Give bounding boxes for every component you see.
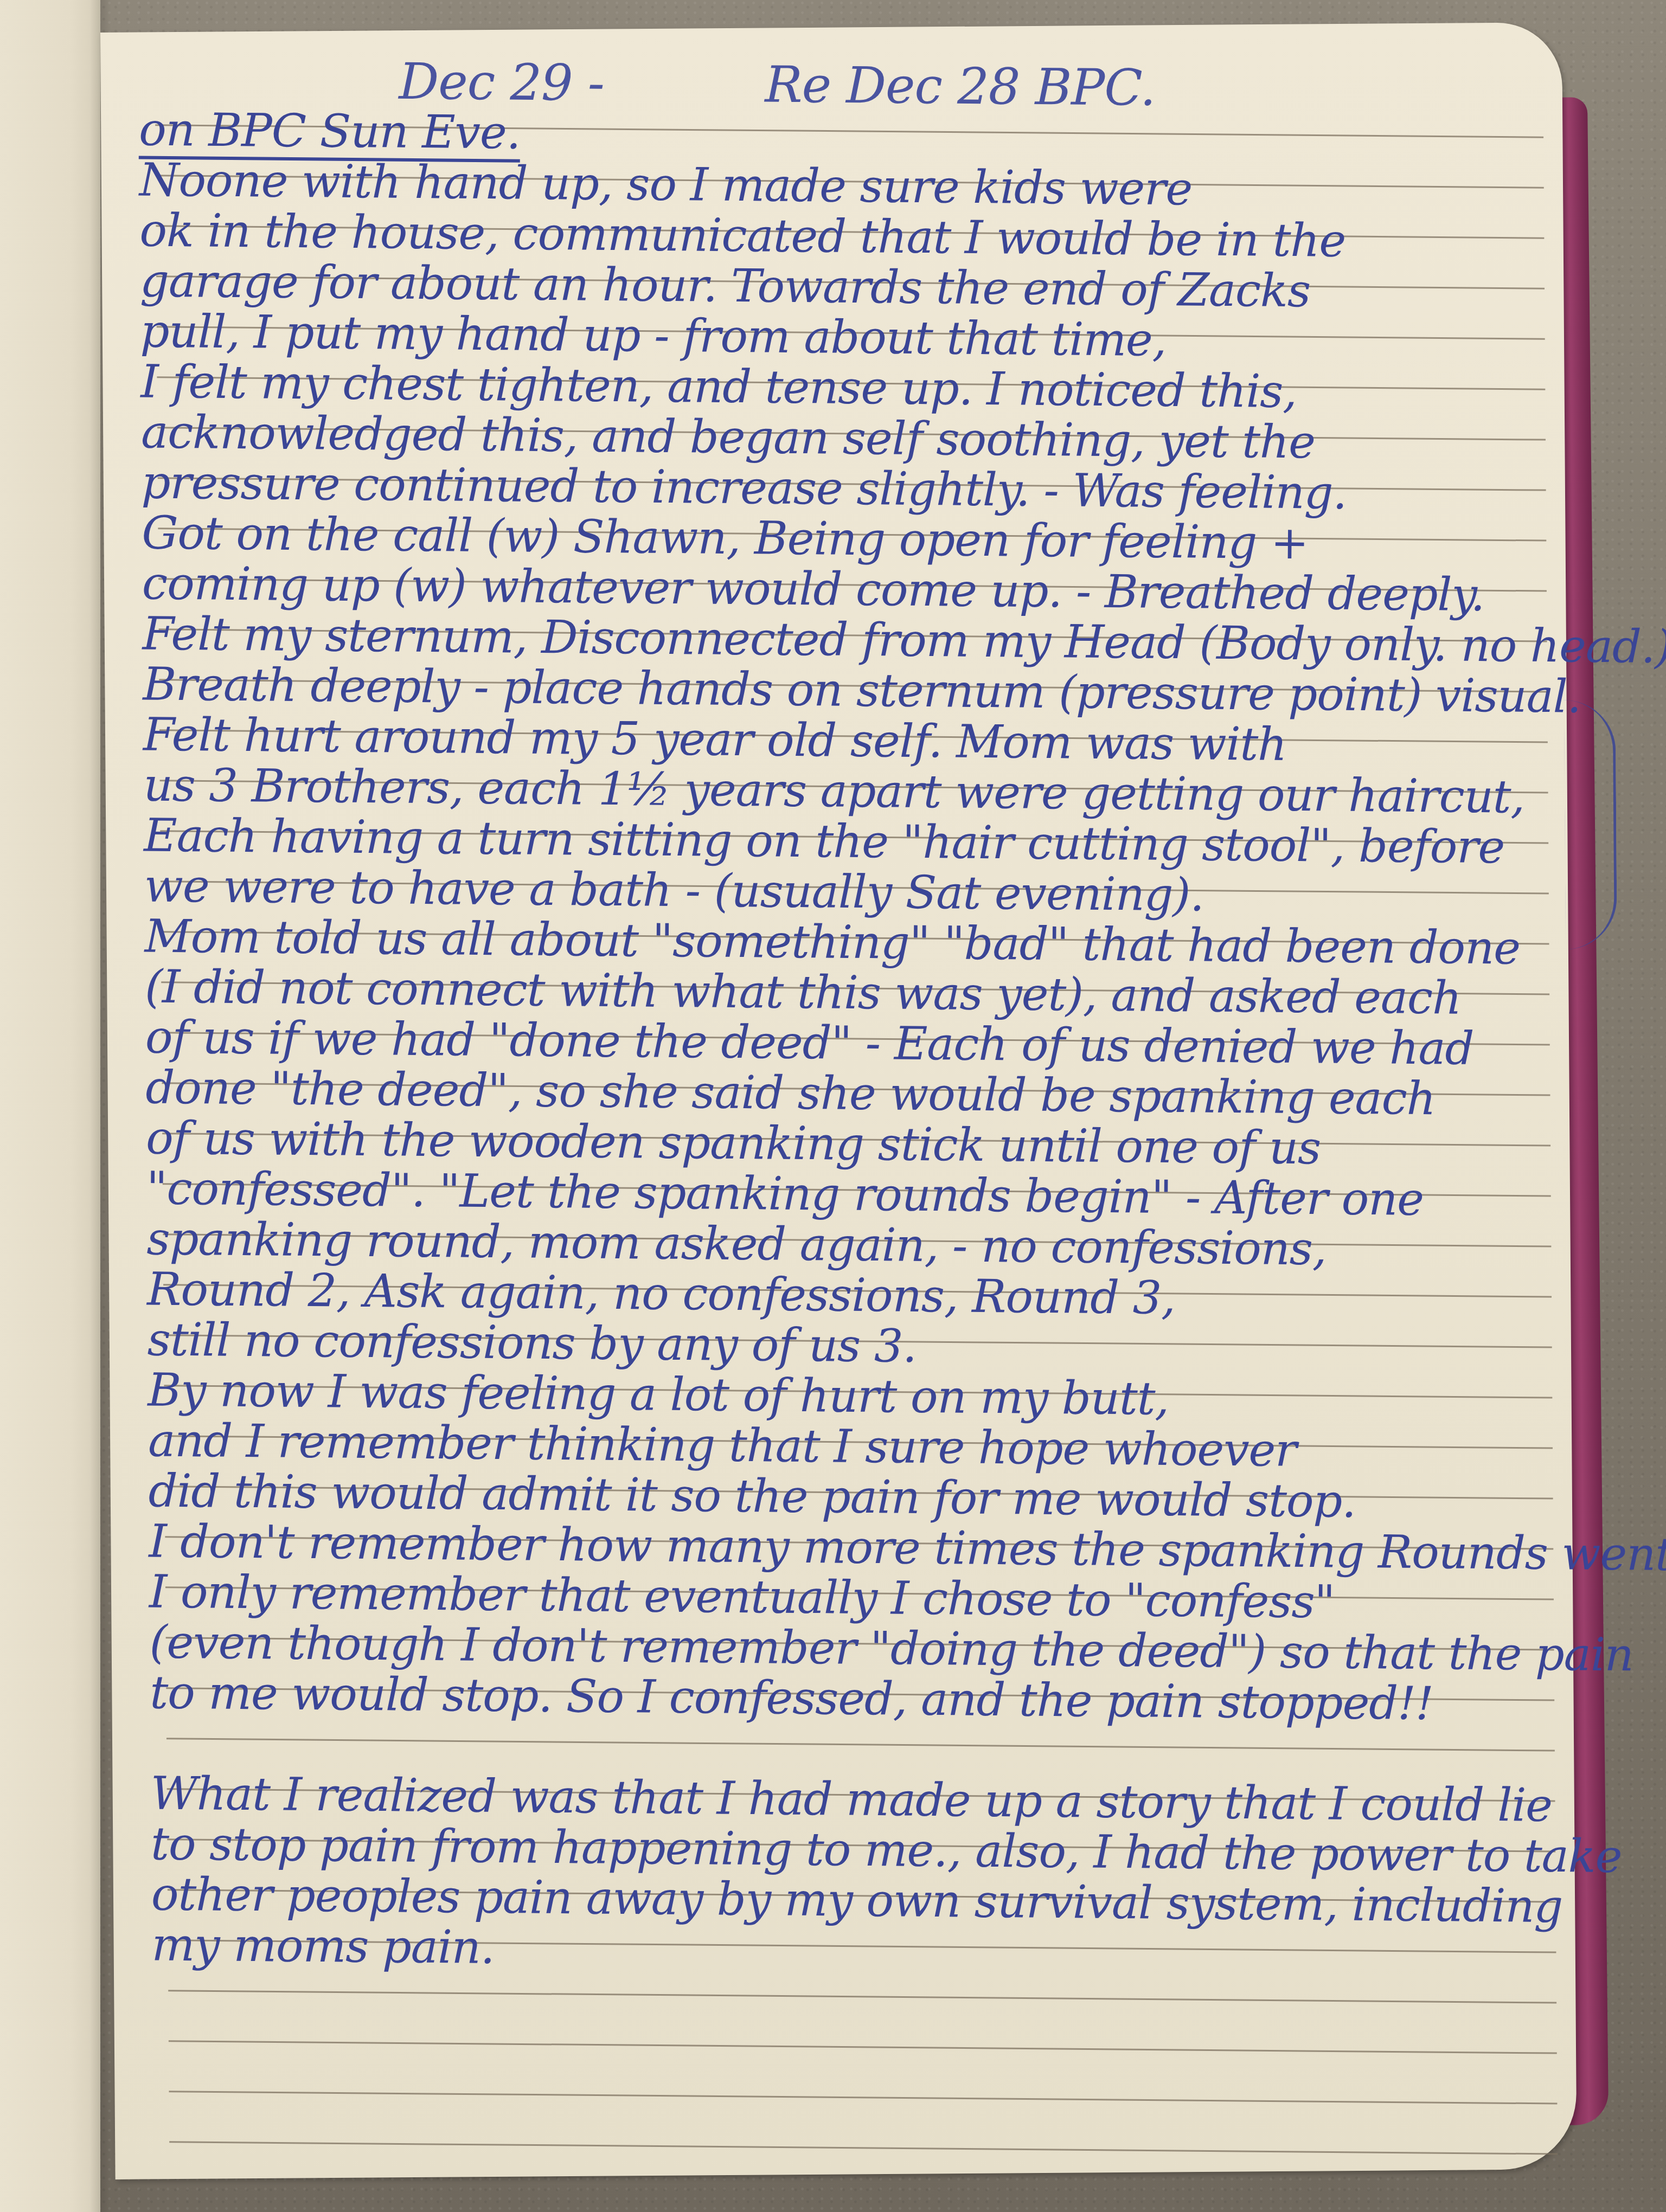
header-reference: Re Dec 28 BPC. <box>765 56 1156 117</box>
ruled-line <box>169 2040 1557 2054</box>
header-date: Dec 29 - <box>399 53 604 112</box>
left-page <box>0 0 100 2212</box>
ruled-line <box>169 2091 1558 2104</box>
margin-bracket <box>1564 700 1617 950</box>
handwritten-text: Dec 29 - Re Dec 28 BPC. on BPC Sun Eve. … <box>138 44 1562 1970</box>
ruled-line <box>169 2141 1558 2155</box>
journal-page: Dec 29 - Re Dec 28 BPC. on BPC Sun Eve. … <box>100 22 1577 2179</box>
ruled-line <box>168 1990 1556 2003</box>
